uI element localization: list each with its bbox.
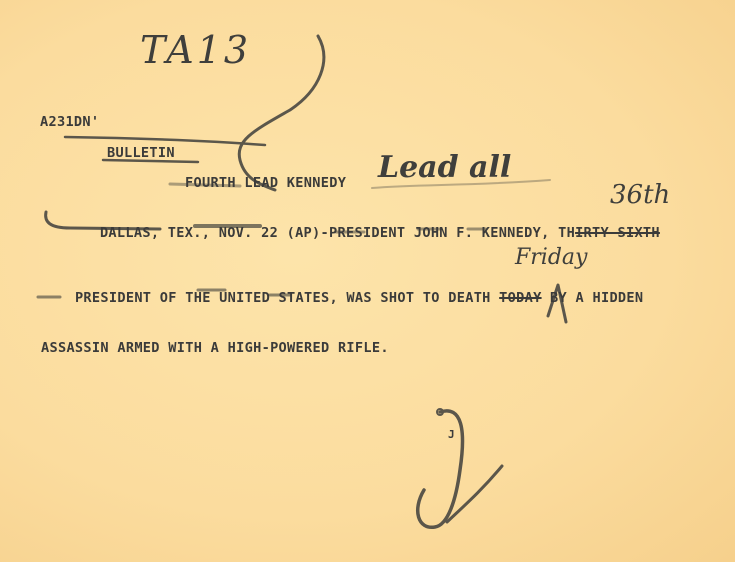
line2-struck-text: TODAY xyxy=(499,290,541,306)
handwritten-lead-note: Lead all xyxy=(378,150,511,185)
document-page: TA13 Lead all 36th Friday J A231DN' BULL… xyxy=(0,0,735,562)
dateline-struck-text: IRTY SIXTH xyxy=(575,225,660,241)
handwritten-ordinal-note: 36th xyxy=(610,180,670,210)
dateline-line: DALLAS, TEX., NOV. 22 (AP)-PRESIDENT JOH… xyxy=(66,209,660,257)
line2-text-a: PRESIDENT OF THE UNITED STATES, WAS SHOT… xyxy=(75,290,499,306)
body-line-3: ASSASSIN ARMED WITH A HIGH-POWERED RIFLE… xyxy=(41,340,389,356)
line2-text-b: BY A HIDDEN xyxy=(542,290,644,306)
handwritten-top-note: TA13 xyxy=(140,28,251,72)
dateline-text: DALLAS, TEX., NOV. 22 (AP)-PRESIDENT JOH… xyxy=(100,225,575,241)
body-line-2: PRESIDENT OF THE UNITED STATES, WAS SHOT… xyxy=(41,274,643,322)
slug-line: A231DN' xyxy=(40,114,99,130)
headline: FOURTH LEAD KENNEDY xyxy=(185,175,346,191)
bulletin-label: BULLETIN xyxy=(107,145,175,161)
initial-j: J xyxy=(448,428,455,441)
